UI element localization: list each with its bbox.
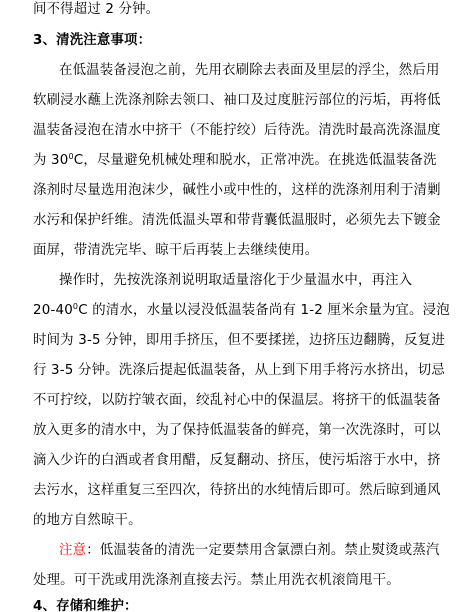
section-heading-3: 3、清洗注意事项： <box>33 32 151 50</box>
paragraph-line: 涤剂时尽量选用泡沫少，碱性小或中性的，这样的洗涤剂用利于清剿 <box>33 182 441 200</box>
paragraph-line: 间不得超过 2 分钟。 <box>33 1 159 19</box>
paragraph-line: 处理。可干洗或用洗涤剂直接去污。禁止用洗衣机滚筒甩干。 <box>33 572 400 590</box>
note-label: 注意 <box>59 543 86 558</box>
paragraph-line: 滴入少许的白酒或者食用醋，反复翻动、挤压，使污垢溶于水中，挤 <box>33 452 441 470</box>
paragraph-line: 操作时，先按洗涤剂说明取适量溶化于少量温水中，再注入 <box>59 272 412 290</box>
paragraph-line: 软刷浸水蘸上洗涤剂除去领口、袖口及过度脏污部位的污垢，再将低 <box>33 92 441 110</box>
paragraph-line: 去污水，这样重复三至四次，待挤出的水纯情后即可。然后晾到通风 <box>33 482 441 500</box>
paragraph-line: 在低温装备浸泡之前，先用衣刷除去表面及里层的浮尘，然后用 <box>59 62 440 80</box>
paragraph-line: 水污和保护纤维。清洗低温头罩和带背囊低温服时，必须先去下镀金 <box>33 212 441 230</box>
paragraph-line: 行 3-5 分钟。洗涤后提起低温装备，从上到下用手将污水挤出，切忌 <box>33 362 445 380</box>
paragraph-line: 温装备浸泡在清水中挤干（不能拧绞）后待洗。清洗时最高洗涤温度 <box>33 122 441 140</box>
note-line: 注意：低温装备的清洗一定要禁用含氯漂白剂。禁止熨烫或蒸汽 <box>59 542 440 560</box>
paragraph-line: 的地方自然晾干。 <box>33 512 142 530</box>
section-heading-4: 4、存储和维护： <box>33 598 138 612</box>
paragraph-line: 为 300C，尽量避免机械处理和脱水，正常冲洗。在挑选低温装备洗 <box>33 152 437 170</box>
paragraph-line: 放入更多的清水中，为了保持低温装备的鲜亮，第一次洗涤时，可以 <box>33 422 441 440</box>
paragraph-line: 20-400C 的清水，水量以浸没低温装备尚有 1-2 厘米余量为宜。浸泡 <box>33 302 450 320</box>
paragraph-line: 时间为 3-5 分钟，即用手挤压，但不要揉搓，边挤压边翻腾，反复进 <box>33 332 445 350</box>
paragraph-line: 不可拧绞，以防拧皱衣面，绞乱衬心中的保温层。将挤干的低温装备 <box>33 392 441 410</box>
paragraph-line: 面屏，带清洗完毕、晾干后再装上去继续使用。 <box>33 242 318 260</box>
